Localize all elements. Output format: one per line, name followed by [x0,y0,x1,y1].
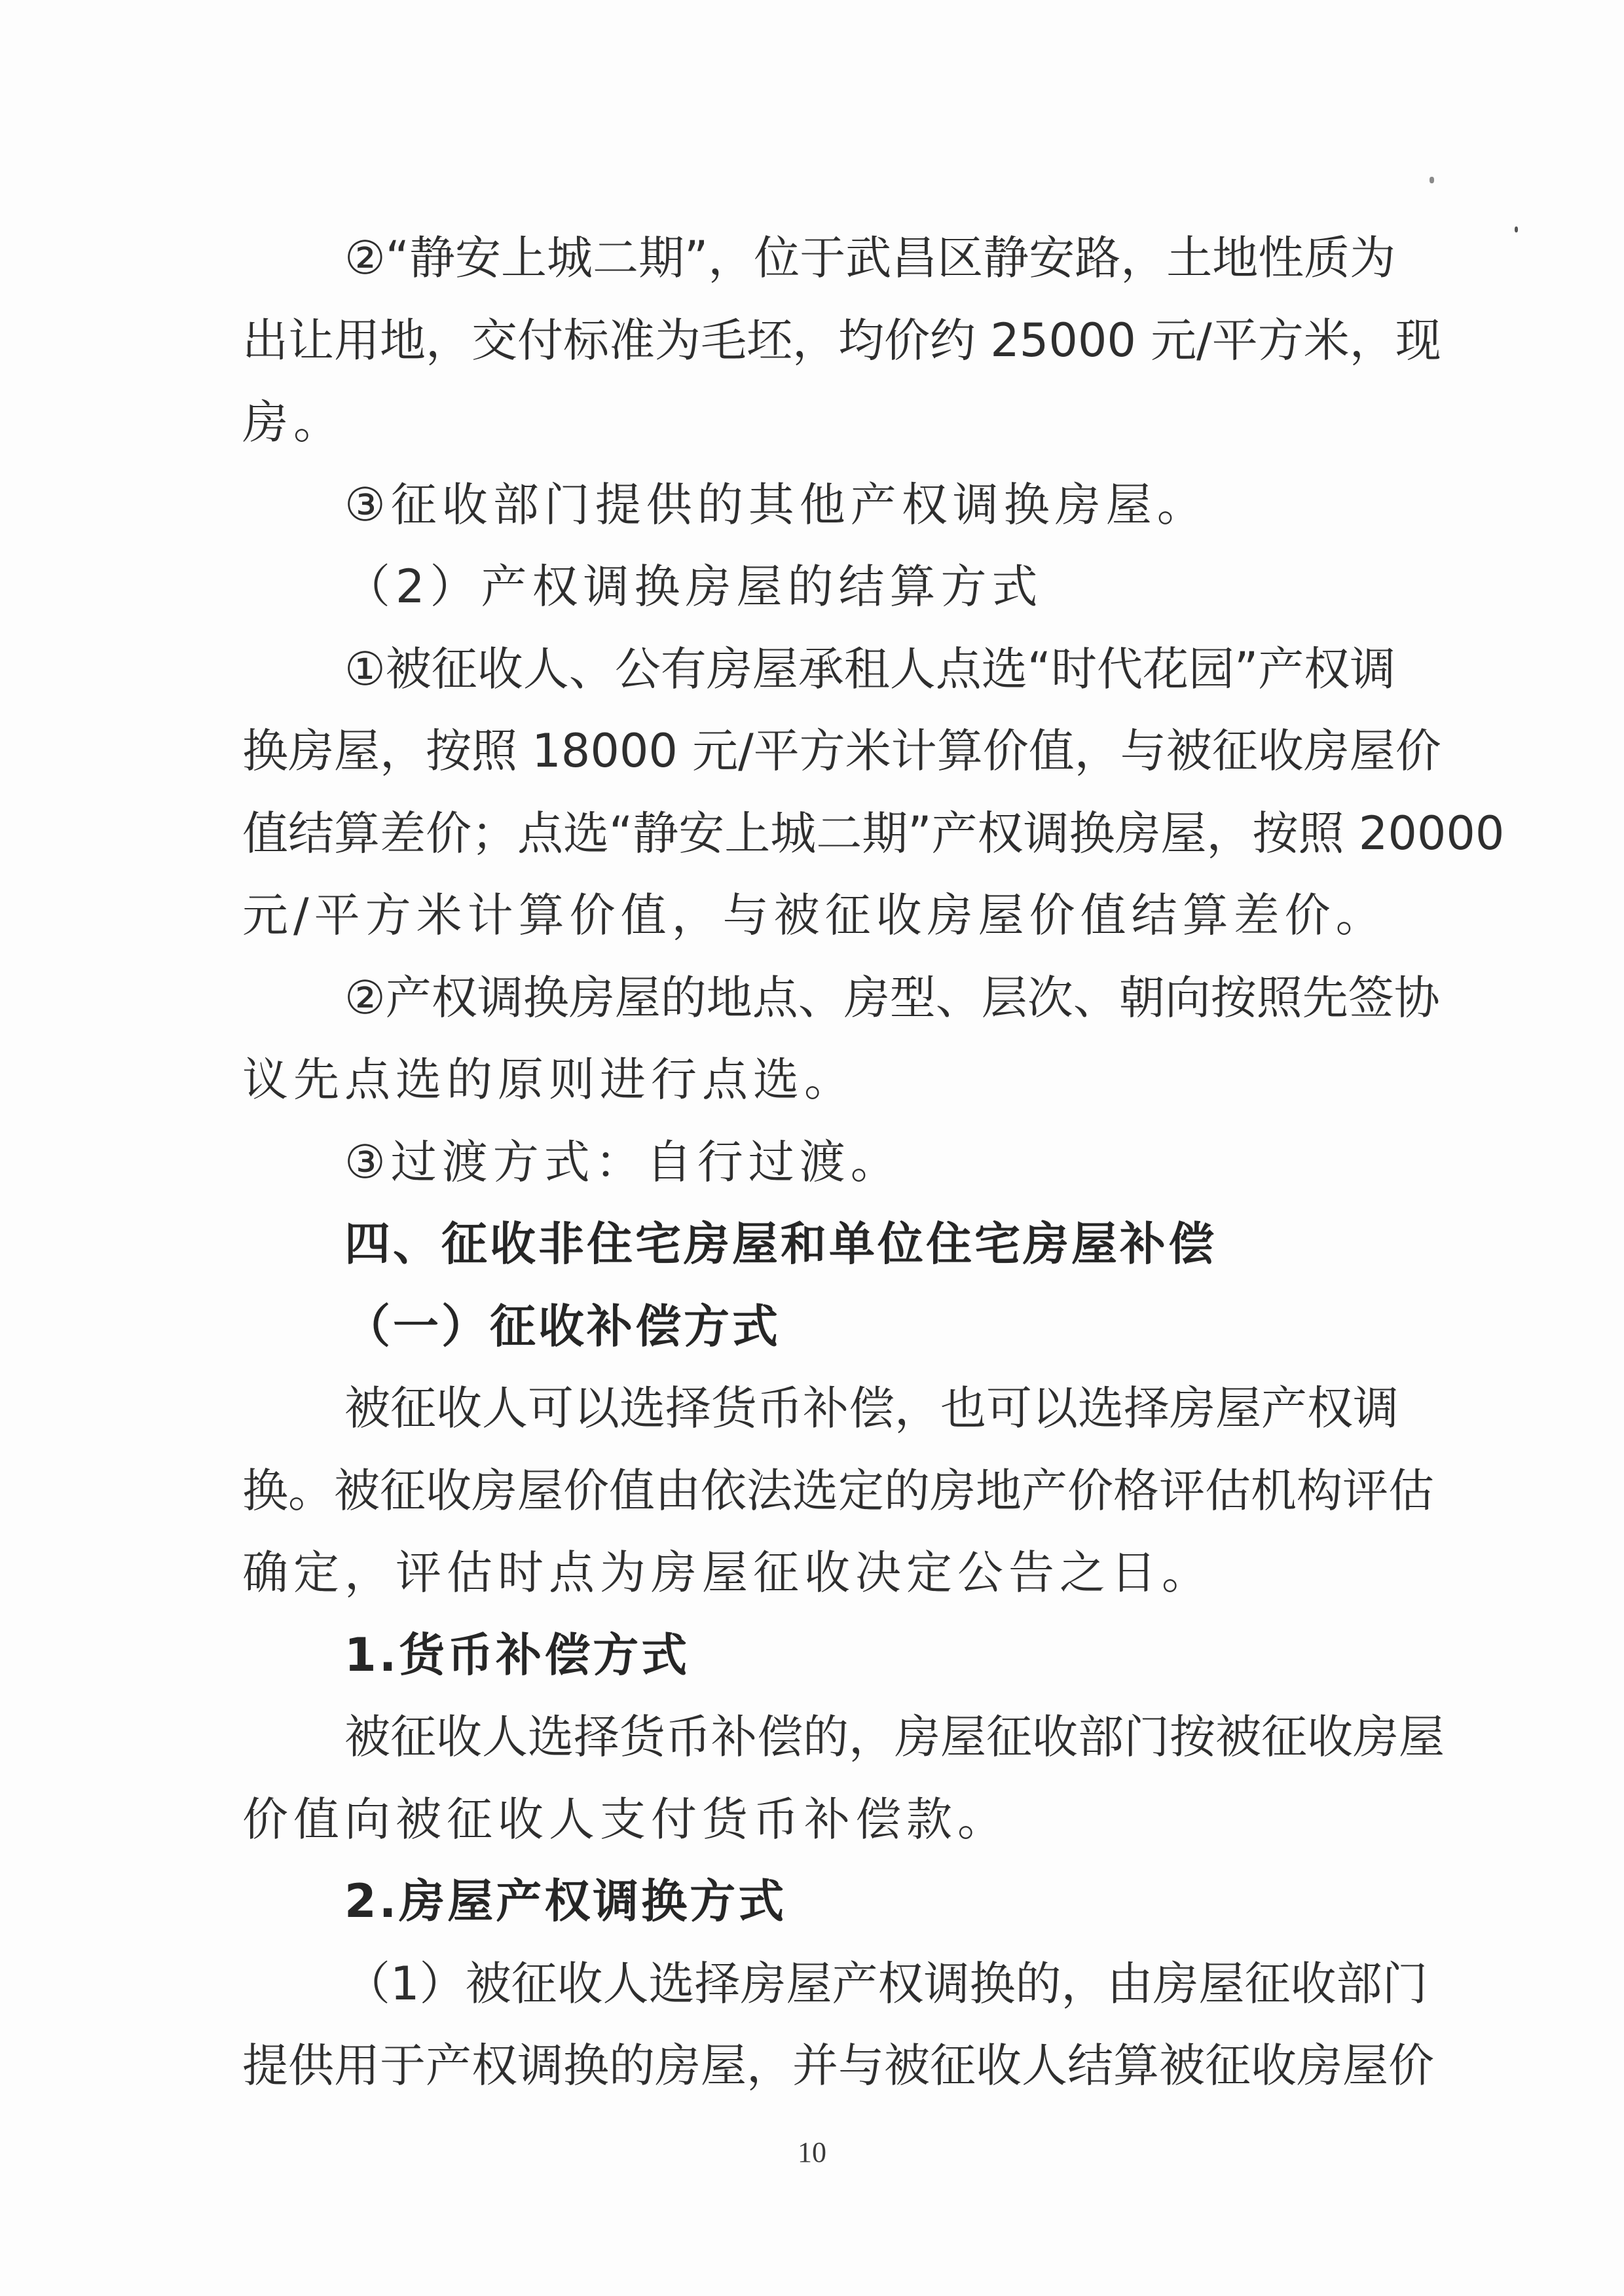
paragraph-line: ②“静安上城二期”，位于武昌区静安路，土地性质为 [242,217,1385,300]
document-body: ②“静安上城二期”，位于武昌区静安路，土地性质为 出让用地，交付标准为毛坯，均价… [242,217,1385,2107]
paragraph-line: （1）被征收人选择房屋产权调换的，由房屋征收部门 [242,1943,1385,2026]
paragraph-line: 被征收人选择货币补偿的，房屋征收部门按被征收房屋 [242,1696,1385,1779]
paragraph-line: 出让用地，交付标准为毛坯，均价约 25000 元/平方米，现 [242,300,1385,382]
paragraph-line: 议先点选的原则进行点选。 [242,1039,1385,1121]
document-page: ②“静安上城二期”，位于武昌区静安路，土地性质为 出让用地，交付标准为毛坯，均价… [0,0,1624,2296]
subsection-heading: 2.房屋产权调换方式 [242,1861,1385,1943]
scan-speck [1515,227,1518,232]
paragraph-line: 提供用于产权调换的房屋，并与被征收人结算被征收房屋价 [242,2025,1385,2107]
paragraph-line: 元/平方米计算价值，与被征收房屋价值结算差价。 [242,875,1385,957]
subsection-heading: （一）征收补偿方式 [242,1286,1385,1368]
subsection-heading: 1.货币补偿方式 [242,1614,1385,1697]
paragraph-line: ③过渡方式：自行过渡。 [242,1121,1385,1204]
paragraph-line: 值结算差价；点选“静安上城二期”产权调换房屋，按照 20000 [242,793,1385,875]
paragraph-line: 价值向被征收人支付货币补偿款。 [242,1779,1385,1861]
paragraph-line: ③征收部门提供的其他产权调换房屋。 [242,464,1385,547]
paragraph-line: ②产权调换房屋的地点、房型、层次、朝向按照先签协 [242,957,1385,1040]
paragraph-line: ①被征收人、公有房屋承租人点选“时代花园”产权调 [242,629,1385,711]
paragraph-line: 房。 [242,382,1385,464]
paragraph-line: 确定，评估时点为房屋征收决定公告之日。 [242,1532,1385,1614]
subsection-heading: （2）产权调换房屋的结算方式 [242,546,1385,629]
page-number: 10 [0,2136,1624,2169]
paragraph-line: 换。被征收房屋价值由依法选定的房地产价格评估机构评估 [242,1450,1385,1533]
scan-speck [1430,177,1434,183]
paragraph-line: 换房屋，按照 18000 元/平方米计算价值，与被征收房屋价 [242,710,1385,793]
section-heading: 四、征收非住宅房屋和单位住宅房屋补偿 [242,1203,1385,1286]
paragraph-line: 被征收人可以选择货币补偿，也可以选择房屋产权调 [242,1368,1385,1450]
